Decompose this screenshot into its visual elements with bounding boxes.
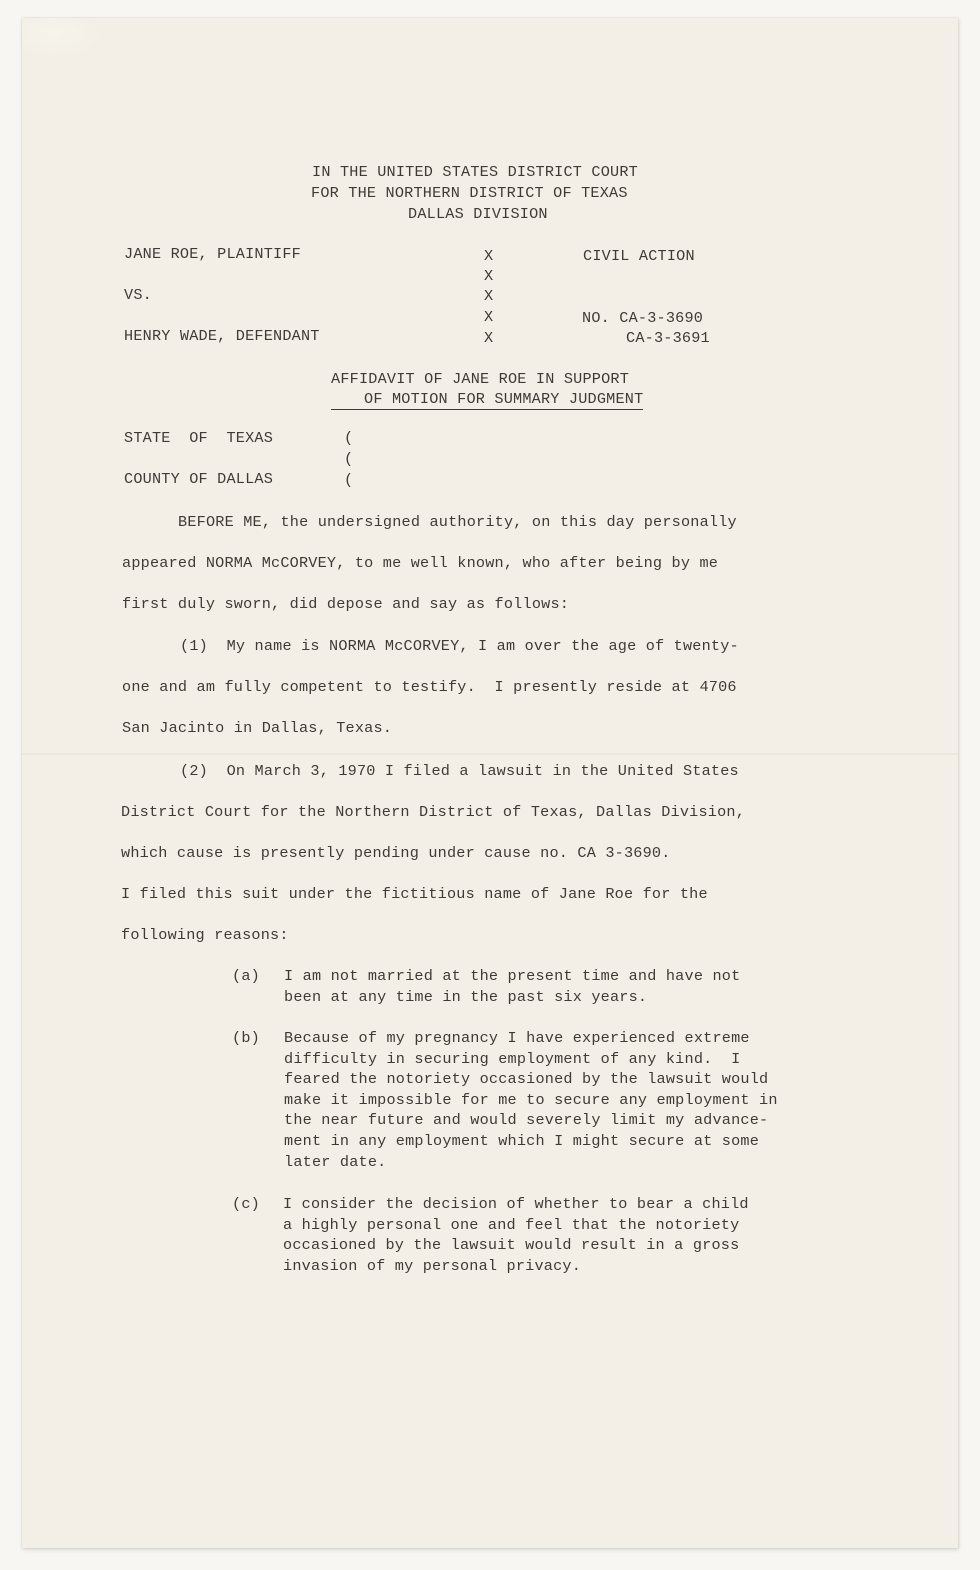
venue-bracket: ( xyxy=(344,452,353,467)
fold-crease xyxy=(22,753,958,755)
civil-action-label: CIVIL ACTION xyxy=(583,249,695,264)
venue-county: COUNTY OF DALLAS xyxy=(124,472,273,487)
reason-b-text: Because of my pregnancy I have experienc… xyxy=(284,1028,778,1172)
court-header-line-2: FOR THE NORTHERN DISTRICT OF TEXAS xyxy=(311,186,628,201)
case-number-2: CA-3-3691 xyxy=(626,331,710,346)
reason-c-text: I consider the decision of whether to be… xyxy=(283,1194,749,1276)
plaintiff-name: JANE ROE, PLAINTIFF xyxy=(124,247,301,262)
caption-separator: X xyxy=(484,310,493,325)
paragraph-2-line: District Court for the Northern District… xyxy=(121,805,745,820)
intro-line: first duly sworn, did depose and say as … xyxy=(122,597,569,612)
caption-separator: X xyxy=(484,289,493,304)
venue-state: STATE OF TEXAS xyxy=(124,431,273,446)
defendant-name: HENRY WADE, DEFENDANT xyxy=(124,329,320,344)
paragraph-2-line: which cause is presently pending under c… xyxy=(121,846,671,861)
paragraph-2-line: I filed this suit under the fictitious n… xyxy=(121,887,708,902)
venue-bracket: ( xyxy=(344,431,353,446)
caption-separator: X xyxy=(484,249,493,264)
caption-separator: X xyxy=(484,331,493,346)
paragraph-1-line: one and am fully competent to testify. I… xyxy=(122,680,737,695)
torn-corner xyxy=(22,18,102,58)
reason-a-text: I am not married at the present time and… xyxy=(284,966,740,1007)
affidavit-title-line-2: OF MOTION FOR SUMMARY JUDGMENT xyxy=(331,392,643,410)
intro-line: BEFORE ME, the undersigned authority, on… xyxy=(178,515,737,530)
venue-bracket: ( xyxy=(344,473,353,488)
court-header-line-3: DALLAS DIVISION xyxy=(408,207,548,222)
case-number-1: NO. CA-3-3690 xyxy=(582,311,703,326)
reason-c-label: (c) xyxy=(232,1197,260,1212)
affidavit-title-line-1: AFFIDAVIT OF JANE ROE IN SUPPORT xyxy=(331,372,629,387)
reason-b-label: (b) xyxy=(232,1031,260,1046)
caption-separator: X xyxy=(484,269,493,284)
paragraph-2-line: following reasons: xyxy=(121,928,289,943)
versus-label: VS. xyxy=(124,288,152,303)
court-header-line-1: IN THE UNITED STATES DISTRICT COURT xyxy=(312,165,638,180)
paragraph-1-line: San Jacinto in Dallas, Texas. xyxy=(122,721,392,736)
reason-a-label: (a) xyxy=(232,969,260,984)
paragraph-1-line: (1) My name is NORMA McCORVEY, I am over… xyxy=(180,639,739,654)
paragraph-2-line: (2) On March 3, 1970 I filed a lawsuit i… xyxy=(180,764,739,779)
intro-line: appeared NORMA McCORVEY, to me well know… xyxy=(122,556,718,571)
